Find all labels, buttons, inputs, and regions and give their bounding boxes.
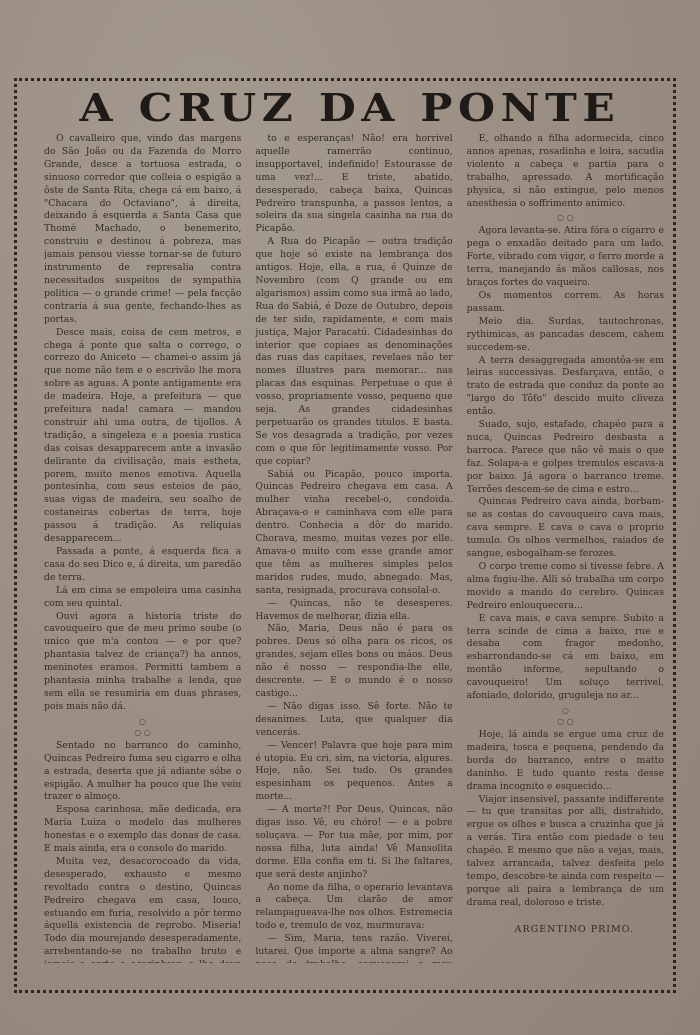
article-body: O cavalleiro que, vindo das margens do S… — [44, 133, 664, 963]
column-1: O cavalleiro que, vindo das margens do S… — [44, 133, 241, 963]
paragraph: Meio dia. Surdas, tautochronas, rythimic… — [467, 316, 664, 355]
paragraph: Os momentos correm. As horas passam. — [467, 290, 664, 316]
paragraph: to e esperanças! Não! era horrivel aquel… — [255, 133, 452, 236]
paragraph: Lá em cima se empoleira uma casinha com … — [44, 585, 241, 611]
paragraph: Não, Maria, Deus não é para os pobres. D… — [255, 623, 452, 700]
column-2: to e esperanças! Não! era horrivel aquel… — [255, 133, 452, 963]
paragraph: Sabiá ou Picapão, pouco importa. Quincas… — [255, 469, 452, 598]
paragraph: Ao nome da filha, o operario levantava a… — [255, 882, 452, 934]
section-separator: ○○ ○ — [467, 705, 664, 727]
article-title: A CRUZ DA PONTE — [0, 86, 700, 130]
paragraph: O corpo treme como si tivesse febre. A a… — [467, 561, 664, 613]
paragraph: E, olhando a filha adormecida, cinco ann… — [467, 133, 664, 210]
paragraph: — Quincas, não te desesperes. Havemos de… — [255, 598, 452, 624]
author-signature: ARGENTINO PRIMO. — [467, 924, 664, 937]
paragraph: Suado, sujo, estafado, chapéo para a nuc… — [467, 419, 664, 496]
paragraph: Hoje, lá ainda se ergue uma cruz de made… — [467, 729, 664, 794]
paragraph: Agora levanta-se. Atira fóra o cigarro e… — [467, 225, 664, 290]
paragraph: Esposa carinhosa, mãe dedicada, era Mari… — [44, 804, 241, 856]
paragraph: — Vencer! Palavra que hoje para mim é ut… — [255, 740, 452, 805]
paragraph: Ouvi agora a historia triste do cavouque… — [44, 611, 241, 714]
paragraph: Muita vez, desacorocoado da vida, desesp… — [44, 856, 241, 963]
paragraph: Viajor insensivel, passante indifferente… — [467, 794, 664, 910]
paragraph: O cavalleiro que, vindo das margens do S… — [44, 133, 241, 327]
paragraph: — Não digas isso. Sê forte. Não te desan… — [255, 701, 452, 740]
paragraph: Passada a ponte, á esquerda fica a casa … — [44, 546, 241, 585]
paragraph: A terra desaggregada amontôa-se em leira… — [467, 355, 664, 420]
paragraph: Sentado no barranco do caminho, Quincas … — [44, 740, 241, 805]
section-separator: ○○ ○ — [44, 716, 241, 738]
paragraph: Desce mais, coisa de cem metros, e chega… — [44, 327, 241, 546]
paragraph: Quincas Pedreiro cava ainda, borbam-se a… — [467, 496, 664, 561]
column-3: E, olhando a filha adormecida, cinco ann… — [467, 133, 664, 963]
paragraph: — A morte?! Por Deus, Quincas, não digas… — [255, 804, 452, 881]
paragraph: A Rua do Picapão — outra tradição que ho… — [255, 236, 452, 468]
paragraph: E cava mais, e cava sempre. Subito a ter… — [467, 613, 664, 703]
section-separator: ○ ○ — [467, 212, 664, 223]
paragraph: — Sim, Maria, tens razão. Viverei, lutar… — [255, 933, 452, 963]
